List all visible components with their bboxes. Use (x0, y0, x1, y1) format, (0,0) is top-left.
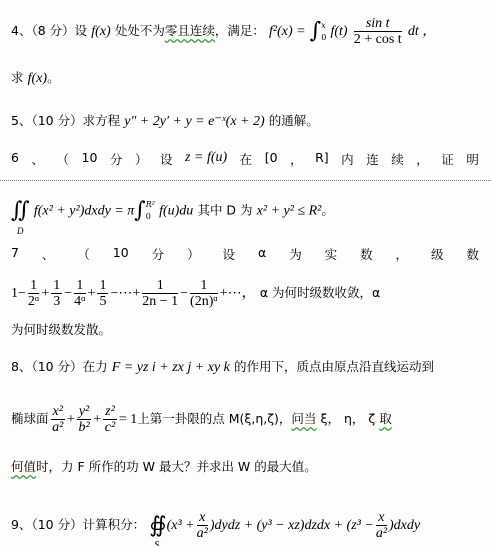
problem-7-line-1: 7 、 （ 10 分 ） 设 α 为 实 数 ， 级 数 (11, 245, 479, 263)
token: 10 (113, 245, 129, 263)
math-ft: f(t) (330, 24, 347, 39)
spellcheck-underlined-text: 问当 (291, 411, 316, 426)
fraction-denominator: 5 (97, 294, 108, 309)
series-term: 12n − 1 (142, 278, 178, 309)
problem-8-line-3: 何值时，力 F 所作的功 W 最大？并求出 W 的最大值。 (11, 459, 317, 475)
token: 连 (366, 150, 379, 168)
series-sign: − (64, 286, 72, 301)
fraction: sin t2 + cos t (354, 16, 402, 47)
integral-lower: 0 (146, 211, 155, 223)
fraction-numerator: 1 (97, 278, 108, 294)
problem-8-text: 时，力 F 所作的功 W 最大？并求出 W 的最大值。 (36, 459, 317, 474)
math-condition: x² + y² ≤ R² (257, 204, 322, 219)
fraction-denominator: c² (103, 420, 117, 435)
problem-8-line-1: 8、（10 分）在力 F = yz i + zx j + xy k 的作用下，质… (11, 359, 434, 376)
ellipsoid-term: z²c² (103, 404, 117, 435)
problem-8-text: 的作用下，质点由原点沿直线运动到 (234, 359, 434, 374)
double-integral: ∬D (11, 203, 30, 220)
fraction-numerator: x² (51, 404, 65, 420)
fraction-numerator: x (197, 510, 208, 526)
math-expression: )dxdy (389, 518, 420, 533)
series-term: 13 (51, 278, 62, 309)
token: 续 (391, 150, 404, 168)
token: α (258, 245, 266, 263)
series-end: +⋯， (220, 286, 256, 301)
problem-8-text: 椭球面 (11, 411, 49, 426)
fraction-numerator: 1 (142, 278, 178, 294)
token: 、 (31, 150, 44, 168)
surface-integral: ∯S (149, 518, 166, 535)
problem-8-label: 8、（10 分）在力 (11, 359, 108, 374)
problem-9-label: 9、（10 分）计算积分： (11, 517, 145, 532)
problem-6-line-2: ∬D f(x² + y²)dxdy = π∫R²0 f(u)du 其中 D 为 … (11, 199, 334, 223)
token: 数 (466, 245, 479, 263)
problem-4-label: 4、（8 分）设 (11, 23, 87, 38)
integral-symbol: ∫ (134, 198, 145, 223)
fraction-denominator: a² (376, 526, 387, 541)
fraction-denominator: b² (77, 420, 91, 435)
token: （ (57, 150, 70, 168)
token: ） (187, 245, 200, 263)
series-term: 15 (97, 278, 108, 309)
fraction-denominator: 2ᵅ (28, 294, 39, 309)
fraction-numerator: sin t (354, 16, 402, 32)
math-zfu: z = f(u) (185, 150, 227, 168)
problem-7-series: 1−12ᵅ+13−14ᵅ+15−⋯+12n − 1−1(2n)ᵅ+⋯， α 为何… (11, 278, 380, 309)
token: 级 (431, 245, 444, 263)
problem-8-line-2: 椭球面x²a²+y²b²+z²c²= 1上第一卦限的点 M(ξ,η,ζ)，问当 … (11, 404, 392, 435)
fraction-denominator: a² (197, 526, 208, 541)
token: ， (396, 245, 409, 263)
fraction-denominator: 3 (51, 294, 62, 309)
ellipsoid-term: x²a² (51, 404, 65, 435)
series-sign: + (88, 286, 96, 301)
integral-symbol: ∫ (310, 19, 321, 44)
problem-5-text: 的通解。 (269, 113, 319, 128)
token: 内 (341, 150, 354, 168)
math-rhs: f(u)du (159, 204, 193, 219)
token: [0 (265, 150, 278, 168)
token: R] (315, 150, 329, 168)
problem-7-text: α 为何时级数收敛，α (260, 285, 380, 300)
problem-6-line-1: 6 、 （ 10 分 ） 设 z = f(u) 在 [0 ， R] 内 连 续 … (11, 150, 479, 168)
spellcheck-underlined-text: 取 (379, 411, 392, 426)
math-force-vector: F = yz i + zx j + xy k (112, 360, 230, 375)
math-equation: y″ + 2y′ + y = e⁻ˣ(x + 2) (124, 114, 264, 129)
math-dt: dt ， (408, 24, 436, 39)
problem-4-text: 。 (47, 70, 60, 85)
token: 证 (441, 150, 454, 168)
token: 设 (223, 245, 236, 263)
series-start: 1− (11, 286, 26, 301)
problem-9: 9、（10 分）计算积分： ∯S(x³ +xa²)dydz + (y³ − xz… (11, 510, 420, 541)
integral-domain: D (17, 223, 24, 239)
problem-4-text: ，满足： (215, 23, 265, 38)
fraction-numerator: 1 (190, 278, 218, 294)
integral-upper: R² (146, 199, 155, 211)
fraction: xa² (197, 510, 208, 541)
fraction-numerator: 1 (51, 278, 62, 294)
math-expression: (x³ + (167, 518, 195, 533)
token: 实 (325, 245, 338, 263)
integral-limits: R²0 (146, 199, 155, 223)
problem-8-text: 上第一卦限的点 M(ξ,η,ζ)， (137, 411, 291, 426)
token: 在 (240, 150, 253, 168)
token: 分 (110, 150, 123, 168)
series-term: 1(2n)ᵅ (190, 278, 218, 309)
token: 分 (152, 245, 165, 263)
token: 为 (289, 245, 302, 263)
ellipsoid-rhs: = 1 (119, 412, 137, 427)
token: ， (416, 150, 429, 168)
fraction-numerator: 1 (74, 278, 85, 294)
fraction: xa² (376, 510, 387, 541)
math-integrand: f(x² + y²)dxdy = π (34, 204, 134, 219)
problem-4-text: 处处不为 (115, 23, 165, 38)
math-fx: f(x) (28, 71, 47, 86)
token: ， (290, 150, 303, 168)
problem-4-line-2: 求 f(x)。 (11, 70, 60, 87)
token: 数 (360, 245, 373, 263)
problem-4-text: 求 (11, 70, 24, 85)
fraction-denominator: 2 + cos t (354, 32, 402, 47)
fraction-denominator: 2n − 1 (142, 294, 178, 309)
fraction-numerator: 1 (28, 278, 39, 294)
integral-limits: x0 (321, 20, 326, 44)
series-sign: −⋯+ (110, 286, 140, 301)
integral-upper: x (321, 20, 326, 32)
series-term: 14ᵅ (74, 278, 85, 309)
problem-7-text: 为何时级数发散。 (11, 322, 111, 337)
problem-6-text: 其中 D 为 (197, 203, 252, 218)
math-expression: )dydz + (y³ − xz)dzdx + (z³ − (210, 518, 374, 533)
token: ） (135, 150, 148, 168)
surface-integral-symbol: ∯ (149, 513, 166, 538)
math-lhs: f²(x) = (269, 24, 306, 39)
series-term: 12ᵅ (28, 278, 39, 309)
spellcheck-underlined-text: 零且连续 (165, 23, 215, 38)
fraction-numerator: z² (103, 404, 117, 420)
fraction-numerator: y² (77, 404, 91, 420)
dotted-divider (0, 180, 491, 181)
double-integral-symbol: ∬ (11, 198, 30, 223)
integral-lower: 0 (321, 32, 326, 44)
problem-5: 5、（10 分）求方程 y″ + 2y′ + y = e⁻ˣ(x + 2) 的通… (11, 113, 319, 130)
token: 6 (11, 150, 19, 168)
token: 、 (42, 245, 55, 263)
series-sign: − (180, 286, 188, 301)
integral-surface: S (154, 538, 159, 546)
fraction-denominator: a² (51, 420, 65, 435)
problem-4-line-1: 4、（8 分）设 f(x) 处处不为零且连续，满足： f²(x) = ∫x0 f… (11, 16, 436, 47)
spellcheck-underlined-text: 何值 (11, 459, 36, 474)
token: 7 (11, 245, 19, 263)
token: （ (77, 245, 90, 263)
fraction-numerator: x (376, 510, 387, 526)
problem-7-line-3: 为何时级数发散。 (11, 322, 111, 338)
problem-8-text: ξ， η， ζ (321, 411, 376, 426)
fraction-denominator: 4ᵅ (74, 294, 85, 309)
fraction-denominator: (2n)ᵅ (190, 294, 218, 309)
token: 设 (160, 150, 173, 168)
ellipsoid-term: y²b² (77, 404, 91, 435)
problem-6-text: 。 (321, 203, 334, 218)
series-sign: + (41, 286, 49, 301)
token: 明 (466, 150, 479, 168)
token: 10 (82, 150, 98, 168)
problem-5-label: 5、（10 分）求方程 (11, 113, 120, 128)
math-fx: f(x) (91, 24, 110, 39)
